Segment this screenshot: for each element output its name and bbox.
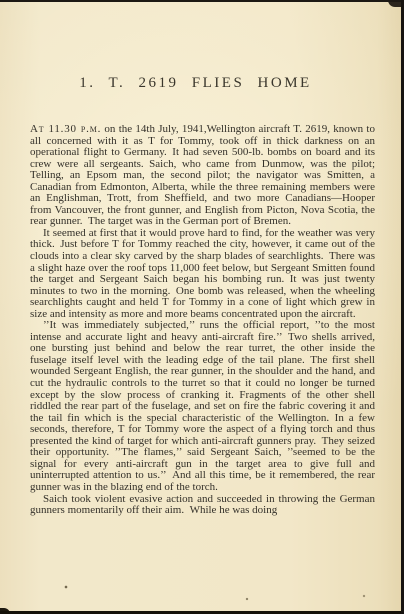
book-page: 1. T. 2619 FLIES HOME At 11.30 p.m. on t… (0, 2, 401, 611)
paragraph-4: Saich took violent evasive action and su… (30, 494, 375, 517)
paragraph-3: ’’It was immediately subjected,’’ runs t… (30, 320, 375, 493)
paragraph-2: It seemed at first that it would prove h… (30, 228, 375, 320)
body-text: At 11.30 p.m. on the 14th July, 1941,Wel… (30, 124, 375, 517)
chapter-title: 1. T. 2619 FLIES HOME (0, 75, 391, 92)
paragraph-opening-text: on the 14th July, 1941,Wellington aircra… (30, 123, 375, 227)
paragraph-opening: At 11.30 p.m. on the 14th July, 1941,Wel… (30, 124, 375, 228)
scan-edge-top (0, 0, 404, 2)
paragraph-opening-smallcaps-lead: At 11.30 p.m. (30, 123, 101, 135)
